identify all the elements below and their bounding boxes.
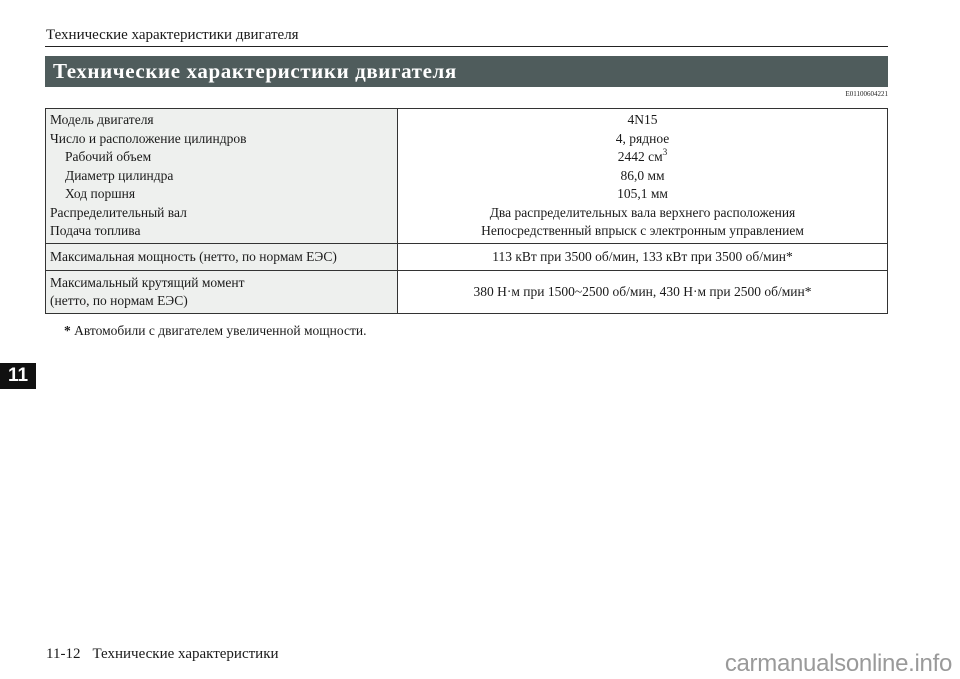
displacement-number: 2442 см (618, 149, 663, 164)
value-displacement: 2442 см3 (402, 148, 883, 167)
section-title-bar: Технические характеристики двигателя (45, 56, 888, 87)
label-max-power: Максимальная мощность (нетто, по нормам … (50, 248, 393, 266)
value-engine-model: 4N15 (402, 111, 883, 130)
label-max-torque: Максимальный крутящий момент (50, 274, 393, 292)
chapter-tab: 11 (0, 363, 36, 389)
table-row-main-specs: Модель двигателя Число и расположение ци… (46, 109, 888, 244)
page-number: 11-12 (46, 646, 80, 662)
spec-values-cell: 4N15 4, рядное 2442 см3 86,0 мм 105,1 мм… (398, 109, 888, 244)
value-max-power: 113 кВт при 3500 об/мин, 133 кВт при 350… (402, 248, 883, 266)
table-row-power: Максимальная мощность (нетто, по нормам … (46, 243, 888, 270)
section-title: Технические характеристики двигателя (53, 59, 457, 83)
footer-chapter-title: Технические характеристики (92, 646, 278, 662)
page-footer: 11-12Технические характеристики (46, 645, 279, 663)
footnote-text: Автомобили с двигателем увеличенной мощн… (71, 323, 367, 338)
label-cylinders: Число и расположение цилиндров (50, 130, 393, 149)
torque-value-cell: 380 Н·м при 1500~2500 об/мин, 430 Н·м пр… (398, 270, 888, 313)
table-row-torque: Максимальный крутящий момент (нетто, по … (46, 270, 888, 313)
label-fuel-supply: Подача топлива (50, 222, 393, 241)
running-header: Технические характеристики двигателя (46, 26, 299, 44)
label-bore: Диаметр цилиндра (50, 167, 393, 186)
torque-label-cell: Максимальный крутящий момент (нетто, по … (46, 270, 398, 313)
cubic-superscript: 3 (663, 147, 668, 157)
label-stroke: Ход поршня (50, 185, 393, 204)
value-cylinders: 4, рядное (402, 130, 883, 149)
header-divider (45, 46, 888, 47)
label-displacement: Рабочий объем (50, 148, 393, 167)
power-value-cell: 113 кВт при 3500 об/мин, 133 кВт при 350… (398, 243, 888, 270)
label-engine-model: Модель двигателя (50, 111, 393, 130)
label-max-torque-note: (нетто, по нормам ЕЭС) (50, 292, 393, 310)
footnote-marker: * (64, 323, 71, 338)
watermark: carmanualsonline.info (725, 650, 952, 678)
document-code: E01100604221 (845, 90, 888, 99)
value-camshaft: Два распределительных вала верхнего расп… (402, 204, 883, 223)
value-bore: 86,0 мм (402, 167, 883, 186)
value-max-torque: 380 Н·м при 1500~2500 об/мин, 430 Н·м пр… (402, 283, 883, 301)
value-stroke: 105,1 мм (402, 185, 883, 204)
value-fuel-supply: Непосредственный впрыск с электронным уп… (402, 222, 883, 241)
footnote: * Автомобили с двигателем увеличенной мо… (64, 322, 366, 340)
power-label-cell: Максимальная мощность (нетто, по нормам … (46, 243, 398, 270)
label-camshaft: Распределительный вал (50, 204, 393, 223)
spec-labels-cell: Модель двигателя Число и расположение ци… (46, 109, 398, 244)
engine-spec-table: Модель двигателя Число и расположение ци… (45, 108, 888, 314)
